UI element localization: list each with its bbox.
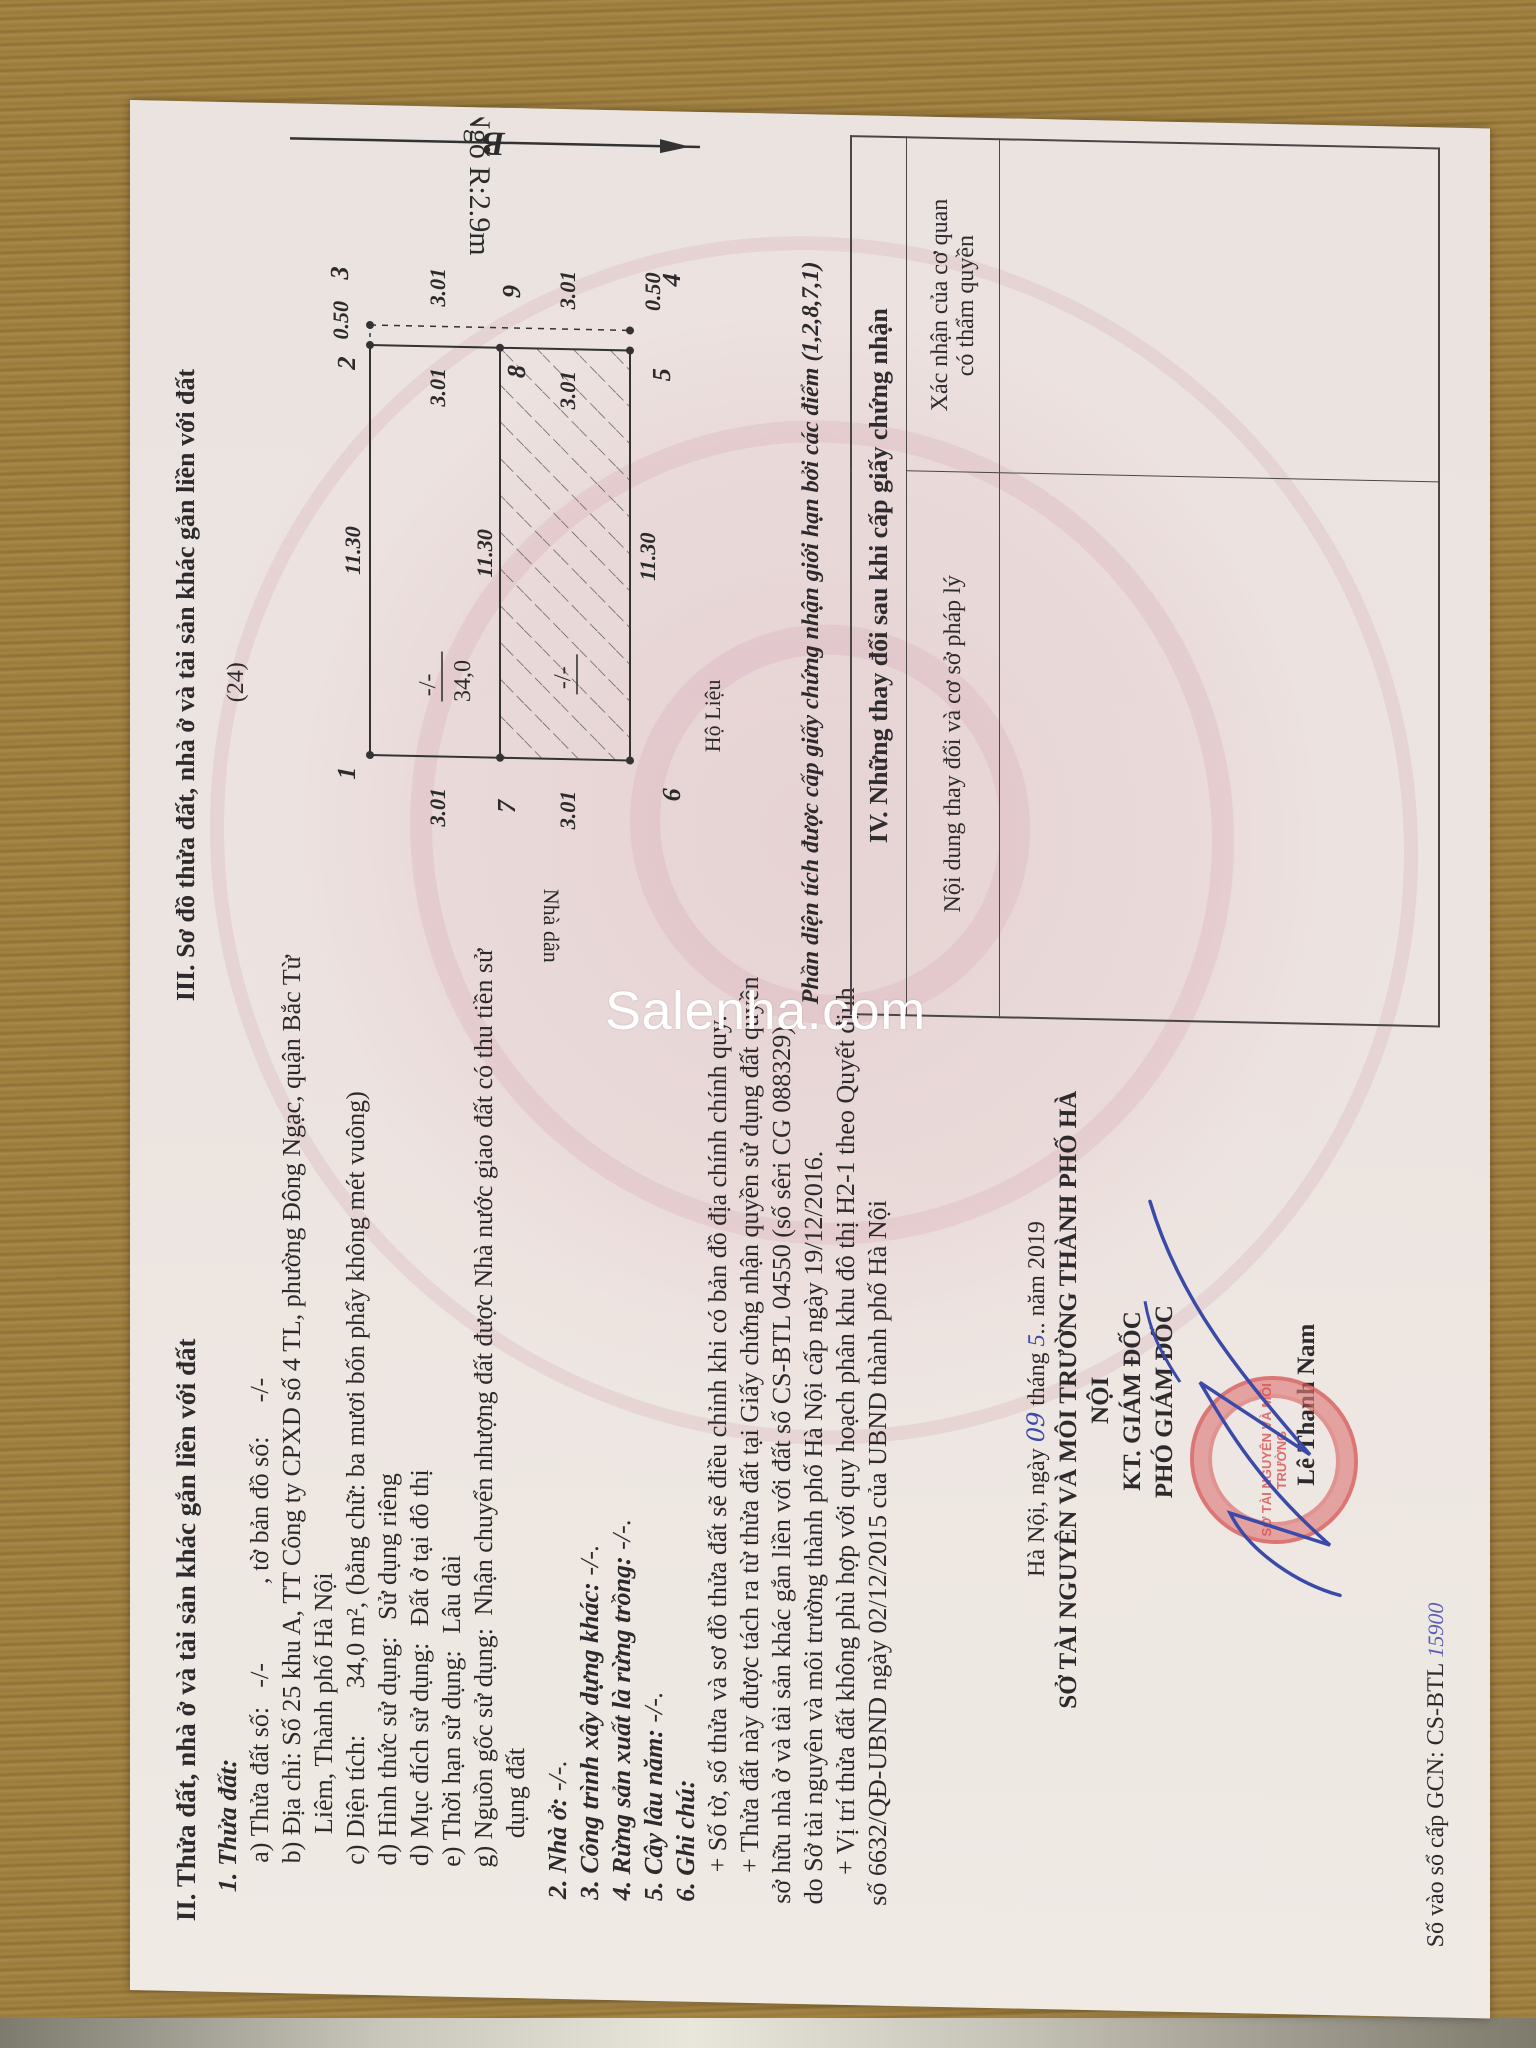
origin-row: g) Nguồn gốc sử dụng: Nhận chuyển nhượng…: [468, 1047, 500, 1928]
section-2-heading: II. Thửa đất, nhà ở và tài sản khác gắn …: [170, 1338, 202, 1921]
item-1-heading: 1. Thửa đất:: [212, 1042, 244, 1923]
changes-table: IV. Những thay đổi sau khi cấp giấy chứn…: [850, 135, 1440, 1027]
issue-date: Hà Nội, ngày 09 tháng 5.. năm 2019: [1020, 1079, 1053, 1720]
usage-purpose-row: d) Mục đích sử dụng: Đất ở tại đô thị: [404, 1046, 436, 1927]
svg-text:1: 1: [332, 766, 361, 780]
change-content-cell[interactable]: [1000, 473, 1440, 1027]
issue-month: 5: [1024, 1334, 1050, 1347]
note-line: + Vị trí thửa đất không phù hợp với quy …: [830, 1055, 862, 1936]
hatched-parcel: [500, 348, 630, 761]
note-line: số 6632/QĐ-UBND ngày 02/12/2015 của UBND…: [862, 1055, 894, 1936]
item-3-other-works: 3. Công trình xây dựng khác: -/-.: [574, 1049, 606, 1930]
note-line: + Thửa đất này được tách ra từ thửa đất …: [734, 1053, 766, 1934]
dim-label: 11.30: [635, 532, 660, 581]
site-watermark: Salenha.com: [605, 980, 926, 1042]
diagram-caption: Phần diện tích được cấp giấy chứng nhận …: [795, 261, 827, 1004]
dim-label: 3.01: [555, 790, 580, 830]
note-line: do Sở tài nguyên và môi trường thành phố…: [798, 1054, 830, 1935]
svg-text:6: 6: [657, 788, 686, 802]
dim-label: 3.01: [555, 270, 580, 310]
svg-text:-/-: -/-: [415, 673, 441, 696]
dim-label: 3.01: [425, 368, 450, 408]
svg-text:B: B: [482, 124, 506, 161]
col-header-authority-confirmation: Xác nhận của cơ quan có thẩm quyền: [907, 137, 1000, 473]
svg-text:3: 3: [325, 266, 354, 281]
certificate-page: II. Thửa đất, nhà ở và tài sản khác gắn …: [130, 100, 1490, 2018]
registry-handwritten: 15900: [1423, 1602, 1448, 1658]
authority-confirmation-cell[interactable]: [1000, 139, 1440, 482]
dim-label: 11.30: [340, 526, 365, 575]
issue-day: 09: [1022, 1411, 1050, 1442]
dim-label: 3.01: [425, 268, 450, 308]
svg-text:5: 5: [647, 368, 676, 382]
section-2-panel: II. Thửa đất, nhà ở và tài sản khác gắn …: [130, 1030, 1490, 2018]
item-2-house: 2. Nhà ở: -/-.: [542, 1049, 574, 1930]
svg-text:8: 8: [502, 365, 531, 379]
section-3-4-panel: III. Sơ đồ thửa đất, nhà ở và tài sản kh…: [130, 100, 1490, 1058]
note-line: + Số tờ, số thửa và sơ đồ thửa đất sẽ đi…: [702, 1052, 734, 1933]
col-header-change-content: Nội dung thay đổi và cơ sở pháp lý: [907, 471, 1000, 1017]
dim-label: 11.30: [472, 529, 497, 578]
item-5-perennial: 5. Cây lâu năm: -/-.: [638, 1051, 670, 1932]
usage-term-row: e) Thời hạn sử dụng: Lâu dài: [436, 1046, 468, 1927]
address-row: b) Địa chỉ: Số 25 khu A, TT Công ty CPXD…: [276, 1043, 308, 1924]
note-line: sở hữu nhà ở và tài sản khác gắn liền vớ…: [766, 1053, 798, 1934]
signature-icon: [1140, 1191, 1360, 1636]
svg-text:Hộ Liệu: Hộ Liệu: [700, 679, 725, 752]
parcel-number-row: a) Thửa đất số: -/- , tờ bản đồ số: -/-: [244, 1042, 276, 1923]
dim-label: 3.01: [425, 788, 450, 828]
svg-text:-/-: -/-: [550, 666, 576, 689]
registry-number: Số vào sổ cấp GCN: CS-BTL 15900: [1420, 1602, 1452, 1947]
table-edge: [0, 2018, 1536, 2048]
origin-row-cont: dụng đất: [500, 1048, 532, 1929]
svg-text:9: 9: [497, 285, 526, 299]
address-row-cont: Liêm, Thành phố Hà Nội: [308, 1044, 340, 1925]
svg-text:4: 4: [657, 273, 686, 288]
issuing-agency: SỞ TÀI NGUYÊN VÀ MÔI TRƯỜNG THÀNH PHỐ HÀ…: [1053, 1079, 1117, 1720]
dim-label: 0.50: [328, 301, 353, 340]
svg-text:34,0: 34,0: [450, 660, 476, 703]
item-6-notes-heading: 6. Ghi chú:: [670, 1051, 702, 1932]
svg-text:Nhà dân: Nhà dân: [539, 889, 564, 963]
section-4-heading: IV. Những thay đổi sau khi cấp giấy chứn…: [851, 136, 907, 1015]
parcel-diagram: 11.30 11.30 11.30 3.01 3.01 3.01 3.01 3.…: [230, 112, 790, 1004]
usage-form-row: d) Hình thức sử dụng: Sử dụng riêng: [372, 1045, 404, 1926]
dim-label: 3.01: [555, 370, 580, 410]
svg-text:2: 2: [332, 356, 361, 371]
section-3-heading: III. Sơ đồ thửa đất, nhà ở và tài sản kh…: [170, 368, 202, 1001]
svg-text:7: 7: [492, 799, 521, 814]
item-4-forest: 4. Rừng sản xuất là rừng trồng: -/-.: [606, 1050, 638, 1931]
land-parcel-details: 1. Thửa đất: a) Thửa đất số: -/- , tờ bả…: [212, 1042, 894, 1936]
area-row: c) Diện tích: 34,0 m², (bằng chữ: ba mươ…: [340, 1044, 372, 1925]
